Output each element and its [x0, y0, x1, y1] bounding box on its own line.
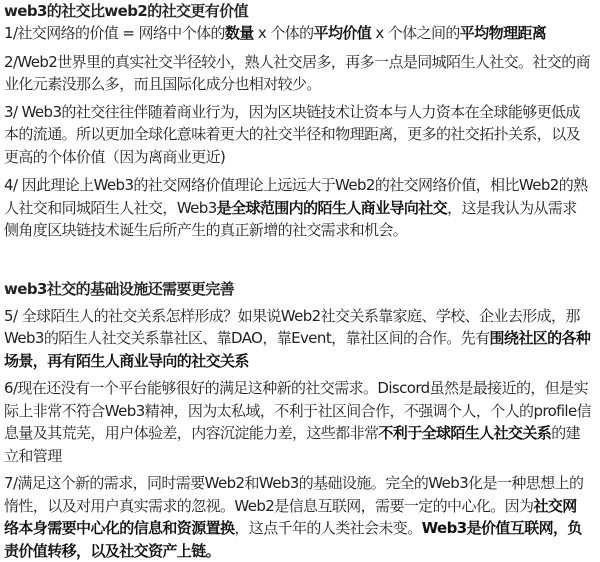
- paragraph-line: 立和管理: [4, 445, 596, 468]
- article: web3的社交比web2的社交更有价值 1/社交网络的价值 = 网络中个体的数量…: [0, 0, 600, 562]
- bold-text: 数量: [225, 24, 254, 42]
- text: 息量及其荒芜，用户体验差，内容沉淀能力差，这些都非常: [4, 424, 378, 442]
- text: Web3: [177, 199, 217, 217]
- paragraph-line: 侧角度区块链技术诞生后所产生的真正新增的社交需求和机会。: [4, 219, 596, 242]
- paragraph-line: 责价值转移，以及社交资产上链。: [4, 540, 596, 562]
- paragraph-line: 2/Web2世界里的真实社交半径较小，熟人社交居多，再多一点是同城陌生人社交。社…: [4, 51, 596, 74]
- text: 人社交和同城陌生人社交，: [4, 199, 177, 217]
- paragraph-line: 4/ 因此理论上Web3的社交网络价值理论上远远大于Web2的社交网络价值，相比…: [4, 174, 596, 197]
- paragraph-4: 4/ 因此理论上Web3的社交网络价值理论上远远大于Web2的社交网络价值，相比…: [4, 174, 596, 242]
- paragraph-line: 业化元素没那么多，而且国际化成分也相对较少。: [4, 73, 596, 96]
- bold-text: 平均物理距离: [460, 24, 546, 42]
- bold-text: 是全球范围内的陌生人商业导向社交: [217, 199, 447, 217]
- bold-text: 络本身需要中心化的信息和资源置换: [4, 519, 234, 537]
- paragraph-line: 5/ 全球陌生人的社交关系怎样形成？如果说Web2社交关系靠家庭、学校、企业去形…: [4, 305, 596, 328]
- paragraph-line: 本的流通。所以更加全球化意味着更大的社交半径和物理距离，更多的社交拓扑关系，以及: [4, 123, 596, 146]
- text: ，这是我认为从需求: [447, 199, 577, 217]
- paragraph-5: 5/ 全球陌生人的社交关系怎样形成？如果说Web2社交关系靠家庭、学校、企业去形…: [4, 305, 596, 373]
- paragraph-line: 络本身需要中心化的信息和资源置换，这点千年的人类社会未变。Web3是价值互联网，…: [4, 517, 596, 540]
- paragraph-line: 际上非常不符合Web3精神，因为太私域，不利于社区间合作，不强调个人，个人的pr…: [4, 400, 596, 423]
- paragraph-line: 3/ Web3的社交往往伴随着商业行为，因为区块链技术让资本与人力资本在全球能够…: [4, 101, 596, 124]
- paragraph-1: 1/社交网络的价值 = 网络中个体的数量 x 个体的平均价值 x 个体之间的平均…: [4, 22, 596, 45]
- text: 1/社交网络的价值 = 网络中个体的: [4, 24, 225, 42]
- paragraph-6: 6/现在还没有一个平台能够很好的满足这种新的社交需求。Discord虽然是最接近…: [4, 377, 596, 467]
- paragraph-line: 人社交和同城陌生人社交，Web3是全球范围内的陌生人商业导向社交，这是我认为从需…: [4, 197, 596, 220]
- paragraph-line: 6/现在还没有一个平台能够很好的满足这种新的社交需求。Discord虽然是最接近…: [4, 377, 596, 400]
- bold-text: 社交网: [533, 497, 576, 515]
- bold-text: 围绕社区的各种: [490, 329, 591, 347]
- text: ，这点千年的人类社会未变。: [234, 519, 421, 537]
- bold-text: 平均价值: [314, 24, 372, 42]
- text: 惰性，以及对用户真实需求的忽视。Web2是信息互联网，需要一定的中心化。因为: [4, 497, 533, 515]
- text: x 个体之间的: [371, 24, 460, 42]
- text: x 个体的: [254, 24, 314, 42]
- bold-text: 场景，再有陌生人商业导向的社交关系: [4, 352, 249, 370]
- paragraph-line: 更高的个体价值（因为离商业更近): [4, 146, 596, 169]
- paragraph-2: 2/Web2世界里的真实社交半径较小，熟人社交居多，再多一点是同城陌生人社交。社…: [4, 51, 596, 96]
- section-title-infrastructure: web3社交的基础设施还需要更完善: [4, 278, 596, 300]
- paragraph-line: 7/满足这个新的需求，同时需要Web2和Web3的基础设施。完全的Web3化是一…: [4, 472, 596, 495]
- paragraph-line: Web3的陌生人社交关系靠社区、靠DAO，靠Event，靠社区间的合作。先有围绕…: [4, 327, 596, 350]
- text: 的建: [551, 424, 580, 442]
- paragraph-line: 场景，再有陌生人商业导向的社交关系: [4, 350, 596, 373]
- paragraph-line: 惰性，以及对用户真实需求的忽视。Web2是信息互联网，需要一定的中心化。因为社交…: [4, 495, 596, 518]
- bold-text: 责价值转移，以及社交资产上链。: [4, 542, 220, 560]
- paragraph-3: 3/ Web3的社交往往伴随着商业行为，因为区块链技术让资本与人力资本在全球能够…: [4, 101, 596, 169]
- text: Web3的陌生人社交关系靠社区、靠DAO，靠Event，靠社区间的合作。先有: [4, 329, 490, 347]
- section-title-web3-value: web3的社交比web2的社交更有价值: [4, 0, 596, 22]
- paragraph-line: 息量及其荒芜，用户体验差，内容沉淀能力差，这些都非常不利于全球陌生人社交关系的建: [4, 422, 596, 445]
- paragraph-7: 7/满足这个新的需求，同时需要Web2和Web3的基础设施。完全的Web3化是一…: [4, 472, 596, 562]
- bold-text: 不利于全球陌生人社交关系: [378, 424, 551, 442]
- bold-text: Web3是价值互联网，负: [422, 519, 582, 537]
